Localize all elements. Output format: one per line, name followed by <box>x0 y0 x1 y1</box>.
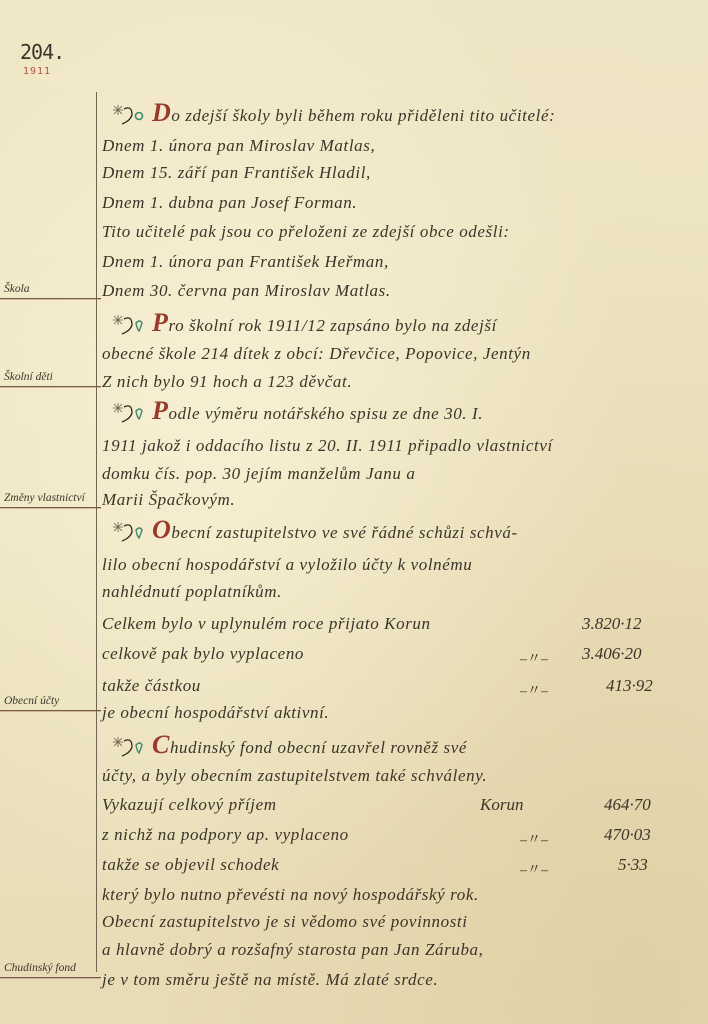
poorfund-closing-0: který bylo nutno převésti na nový hospod… <box>102 885 479 905</box>
entry-municipal-line-0: Obecní zastupitelstvo ve své řádné schůz… <box>112 515 518 545</box>
entry-poorfund-line-1: účty, a byly obecním zastupitelstvem tak… <box>102 766 487 786</box>
entry-school-line-0: Do zdejší školy byli během roku přidělen… <box>112 98 555 128</box>
municipal-row-1-amount: 3.406·20 <box>582 644 642 664</box>
municipal-row-2-label: takže částkou <box>102 676 201 696</box>
poorfund-row-0-label: Vykazují celkový příjem <box>102 795 277 815</box>
poorfund-closing-2: a hlavně dobrý a rozšafný starosta pan J… <box>102 940 484 960</box>
initial-capital: P <box>152 396 168 425</box>
entry-ownership-line-0: Podle výměru notářského spisu ze dne 30.… <box>112 396 483 426</box>
flower-ornament-icon <box>112 103 146 125</box>
municipal-closing: je obecní hospodářství aktivní. <box>102 703 329 723</box>
poorfund-row-0-ditto: Korun <box>480 795 523 815</box>
poorfund-row-1-label: z nichž na podpory ap. vyplaceno <box>102 825 349 845</box>
margin-label-pupils: Školní děti <box>0 369 101 387</box>
flower-ornament-icon <box>112 401 146 423</box>
poorfund-row-0-amount: 464·70 <box>604 795 651 815</box>
initial-capital: C <box>152 730 170 759</box>
poorfund-row-1-amount: 470·03 <box>604 825 651 845</box>
entry-poorfund-line-0: Chudinský fond obecní uzavřel rovněž své <box>112 730 467 760</box>
entry-school-line-4: Tito učitelé pak jsou co přeloženi ze zd… <box>102 222 510 242</box>
entry-ownership-line-2: domku čís. pop. 30 jejím manželům Janu a <box>102 464 415 484</box>
page-year: 1911 <box>23 66 51 77</box>
margin-rule <box>96 92 97 972</box>
municipal-row-2-amount: 413·92 <box>606 676 653 696</box>
municipal-row-0-label: Celkem bylo v uplynulém roce přijato Kor… <box>102 614 431 634</box>
poorfund-row-2-ditto: –〃– <box>520 859 548 879</box>
flower-ornament-icon <box>112 520 146 542</box>
poorfund-closing-1: Obecní zastupitelstvo je si vědomo své p… <box>102 912 468 932</box>
entry-pupils-line-1: obecné škole 214 dítek z obcí: Dřevčice,… <box>102 344 531 364</box>
margin-label-poor-fund: Chudinský fond <box>0 960 101 978</box>
municipal-row-2-ditto: –〃– <box>520 680 548 700</box>
entry-municipal-line-2: nahlédnutí poplatníkům. <box>102 582 282 602</box>
poorfund-row-2-amount: 5·33 <box>618 855 648 875</box>
initial-capital: O <box>152 515 171 544</box>
flower-ornament-icon <box>112 735 146 757</box>
entry-school-line-5: Dnem 1. února pan František Heřman, <box>102 252 389 272</box>
initial-capital: D <box>152 98 171 127</box>
entry-ownership-line-3: Marii Špačkovým. <box>102 490 235 510</box>
municipal-row-0-amount: 3.820·12 <box>582 614 642 634</box>
flower-ornament-icon <box>112 313 146 335</box>
entry-school-line-1: Dnem 1. února pan Miroslav Matlas, <box>102 136 375 156</box>
entry-pupils-line-0: Pro školní rok 1911/12 zapsáno bylo na z… <box>112 308 497 338</box>
poorfund-closing-3: je v tom směru ještě na místě. Má zlaté … <box>102 970 438 990</box>
municipal-row-1-label: celkově pak bylo vyplaceno <box>102 644 304 664</box>
margin-label-school: Škola <box>0 281 101 299</box>
margin-label-municipal-accounts: Obecní účty <box>0 693 101 711</box>
page-number: 204. <box>20 40 64 64</box>
margin-label-ownership: Změny vlastnictví <box>0 490 101 508</box>
ledger-page: 204. 1911 Škola Školní děti Změny vlastn… <box>0 0 708 1024</box>
entry-pupils-line-2: Z nich bylo 91 hoch a 123 děvčat. <box>102 372 352 392</box>
entry-school-line-6: Dnem 30. června pan Miroslav Matlas. <box>102 281 391 301</box>
municipal-row-1-ditto: –〃– <box>520 648 548 668</box>
initial-capital: P <box>152 308 168 337</box>
poorfund-row-2-label: takže se objevil schodek <box>102 855 279 875</box>
entry-municipal-line-1: lilo obecní hospodářství a vyložilo účty… <box>102 555 472 575</box>
poorfund-row-1-ditto: –〃– <box>520 829 548 849</box>
entry-ownership-line-1: 1911 jakož i oddacího listu z 20. II. 19… <box>102 436 553 456</box>
entry-school-line-3: Dnem 1. dubna pan Josef Forman. <box>102 193 357 213</box>
entry-school-line-2: Dnem 15. září pan František Hladil, <box>102 163 371 183</box>
